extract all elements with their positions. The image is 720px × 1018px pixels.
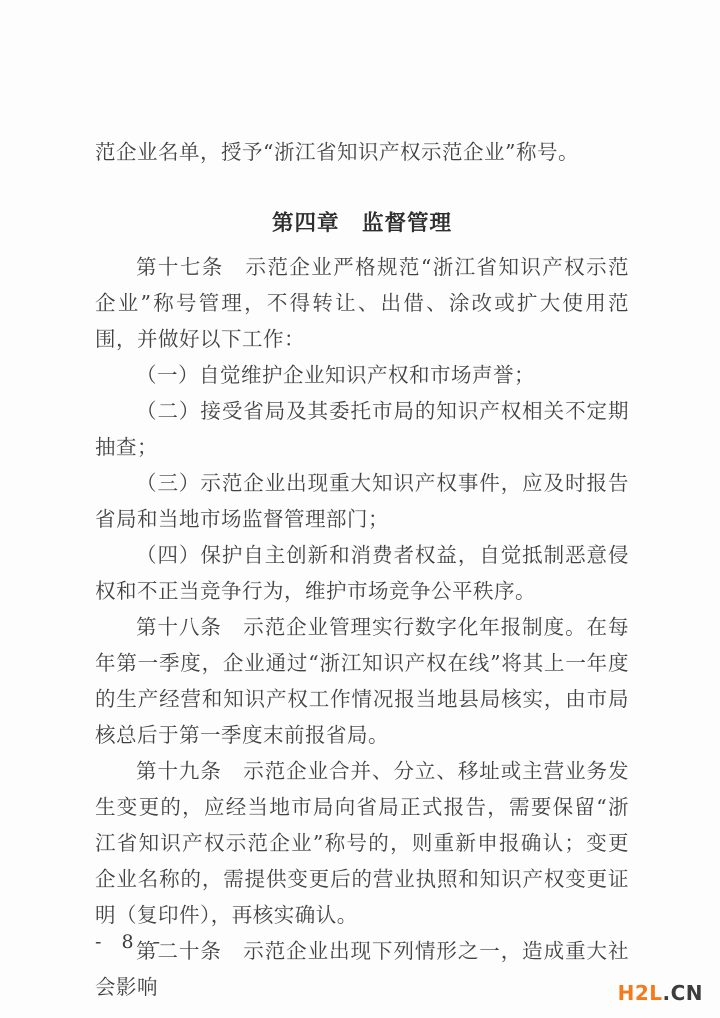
paragraph-article-20: 第二十条 示范企业出现下列情形之一，造成重大社会影响 (95, 933, 629, 1005)
paragraph-item-1: （一）自觉维护企业知识产权和市场声誉； (95, 357, 629, 393)
watermark-brand: H2L (618, 981, 663, 1005)
document-body: 范企业名单，授予“浙江省知识产权示范企业”称号。 第四章 监督管理 第十七条 示… (95, 134, 629, 1005)
chapter-heading: 第四章 监督管理 (95, 206, 629, 242)
watermark-suffix: .CN (662, 981, 703, 1005)
paragraph-article-18: 第十八条 示范企业管理实行数字化年报制度。在每年第一季度，企业通过“浙江知识产权… (95, 609, 629, 753)
page-number: - 8 - (95, 929, 167, 955)
paragraph-item-4: （四）保护自主创新和消费者权益，自觉抵制恶意侵权和不正当竞争行为，维护市场竞争公… (95, 537, 629, 609)
continuation-paragraph: 范企业名单，授予“浙江省知识产权示范企业”称号。 (95, 134, 629, 170)
document-page: 范企业名单，授予“浙江省知识产权示范企业”称号。 第四章 监督管理 第十七条 示… (0, 0, 720, 1018)
paragraph-article-17: 第十七条 示范企业严格规范“浙江省知识产权示范企业”称号管理，不得转让、出借、涂… (95, 249, 629, 357)
paragraph-item-2: （二）接受省局及其委托市局的知识产权相关不定期抽查； (95, 393, 629, 465)
paragraph-item-3: （三）示范企业出现重大知识产权事件，应及时报告省局和当地市场监督管理部门； (95, 465, 629, 537)
site-watermark: H2L.CN (618, 983, 703, 1003)
paragraph-article-19: 第十九条 示范企业合并、分立、移址或主营业务发生变更的，应经当地市局向省局正式报… (95, 753, 629, 933)
